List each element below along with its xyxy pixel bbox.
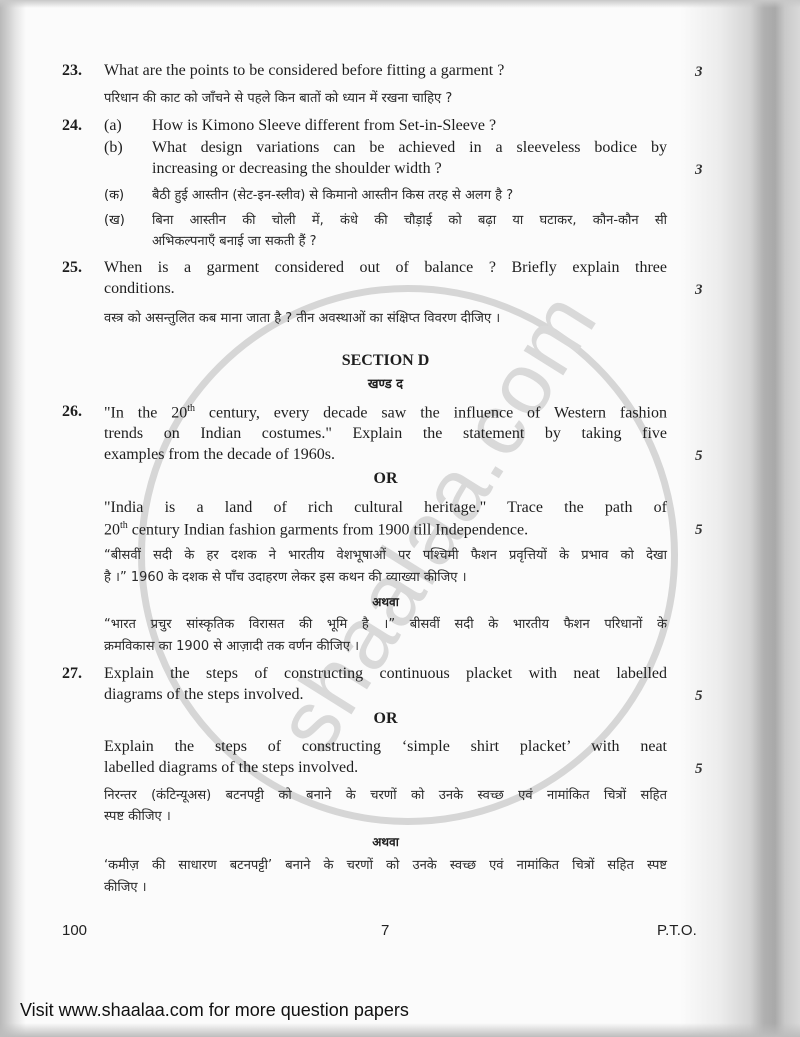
section-title: SECTION D bbox=[104, 352, 667, 370]
question-text-en-cont: trends on Indian costumes." Explain the … bbox=[104, 425, 667, 443]
alternative-text-en: "India is a land of rich cultural herita… bbox=[104, 499, 667, 517]
part-text-hi: बिना आस्तीन की चोली में, कंधे की चौड़ाई … bbox=[152, 210, 667, 228]
alternative-text-en-cont: labelled diagrams of the steps involved. bbox=[104, 759, 667, 777]
question-number: 27. bbox=[62, 665, 82, 683]
marks: 5 bbox=[695, 448, 703, 465]
page-number: 7 bbox=[381, 922, 389, 939]
alternative-text-hi: “भारत प्रचुर सांस्कृतिक विरासत की भूमि ह… bbox=[104, 614, 667, 632]
question-text-hi-cont: है ।” 1960 के दशक से पाँच उदाहरण लेकर इस… bbox=[104, 567, 667, 585]
section-title-hi: खण्ड द bbox=[104, 374, 667, 392]
part-text-cont: increasing or decreasing the shoulder wi… bbox=[152, 160, 667, 178]
scan-edge-right bbox=[680, 0, 800, 1037]
question-text-hi: वस्त्र को असन्तुलित कब माना जाता है ? ती… bbox=[104, 308, 667, 326]
question-number: 26. bbox=[62, 403, 82, 421]
marks: 3 bbox=[695, 282, 703, 299]
question-number: 24. bbox=[62, 117, 82, 135]
alternative-text-hi-cont: कीजिए । bbox=[104, 877, 667, 895]
or-separator-hi: अथवा bbox=[104, 593, 667, 610]
marks: 5 bbox=[695, 522, 703, 539]
alternative-text-en: Explain the steps of constructing ‘simpl… bbox=[104, 738, 667, 756]
question-text-en-cont: conditions. bbox=[104, 280, 667, 298]
question-text-hi: निरन्तर (कंटिन्यूअस) बटनपट्टी को बनाने क… bbox=[104, 785, 667, 803]
scan-edge-left bbox=[0, 0, 26, 1037]
question-text-en: Explain the steps of constructing contin… bbox=[104, 665, 667, 683]
or-separator: OR bbox=[104, 710, 667, 728]
marks: 5 bbox=[695, 761, 703, 778]
part-text: How is Kimono Sleeve different from Set-… bbox=[152, 117, 667, 135]
scan-edge-top bbox=[0, 0, 800, 8]
or-separator: OR bbox=[104, 470, 667, 488]
or-separator-hi: अथवा bbox=[104, 833, 667, 850]
question-text-en: "In the 20th century, every decade saw t… bbox=[104, 403, 667, 422]
marks: 3 bbox=[695, 162, 703, 179]
alternative-text-hi: ‘कमीज़ की साधारण बटनपट्टी’ बनाने के चरणो… bbox=[104, 855, 667, 873]
alternative-text-en-cont: 20th century Indian fashion garments fro… bbox=[104, 520, 667, 539]
scan-edge-bottom bbox=[0, 1023, 800, 1037]
promo-banner-link[interactable]: Visit www.shaalaa.com for more question … bbox=[20, 1000, 409, 1021]
question-text-en: When is a garment considered out of bala… bbox=[104, 259, 667, 277]
part-label: (a) bbox=[104, 117, 122, 135]
part-label: (ख) bbox=[104, 210, 125, 228]
alternative-text-hi-cont: क्रमविकास का 1900 से आज़ादी तक वर्णन कीज… bbox=[104, 636, 667, 654]
question-text-en-cont: examples from the decade of 1960s. bbox=[104, 446, 667, 464]
question-text-hi: “बीसवीं सदी के हर दशक ने भारतीय वेशभूषाओ… bbox=[104, 545, 667, 563]
question-text-hi-cont: स्पष्ट कीजिए । bbox=[104, 806, 667, 824]
marks: 5 bbox=[695, 688, 703, 705]
paper-code: 100 bbox=[62, 922, 87, 939]
question-text-hi: परिधान की काट को जाँचने से पहले किन बातो… bbox=[104, 88, 667, 106]
question-text-en-cont: diagrams of the steps involved. bbox=[104, 686, 667, 704]
marks: 3 bbox=[695, 64, 703, 81]
part-label: (क) bbox=[104, 185, 124, 203]
question-number: 23. bbox=[62, 62, 82, 80]
part-label: (b) bbox=[104, 139, 123, 157]
pto-label: P.T.O. bbox=[657, 922, 697, 939]
part-text: What design variations can be achieved i… bbox=[152, 139, 667, 157]
question-text-en: What are the points to be considered bef… bbox=[104, 62, 667, 80]
part-text-hi: बैठी हुई आस्तीन (सेट-इन-स्लीव) से किमानो… bbox=[152, 185, 667, 203]
part-text-hi-cont: अभिकल्पनाएँ बनाई जा सकती हैं ? bbox=[152, 231, 667, 249]
question-number: 25. bbox=[62, 259, 82, 277]
